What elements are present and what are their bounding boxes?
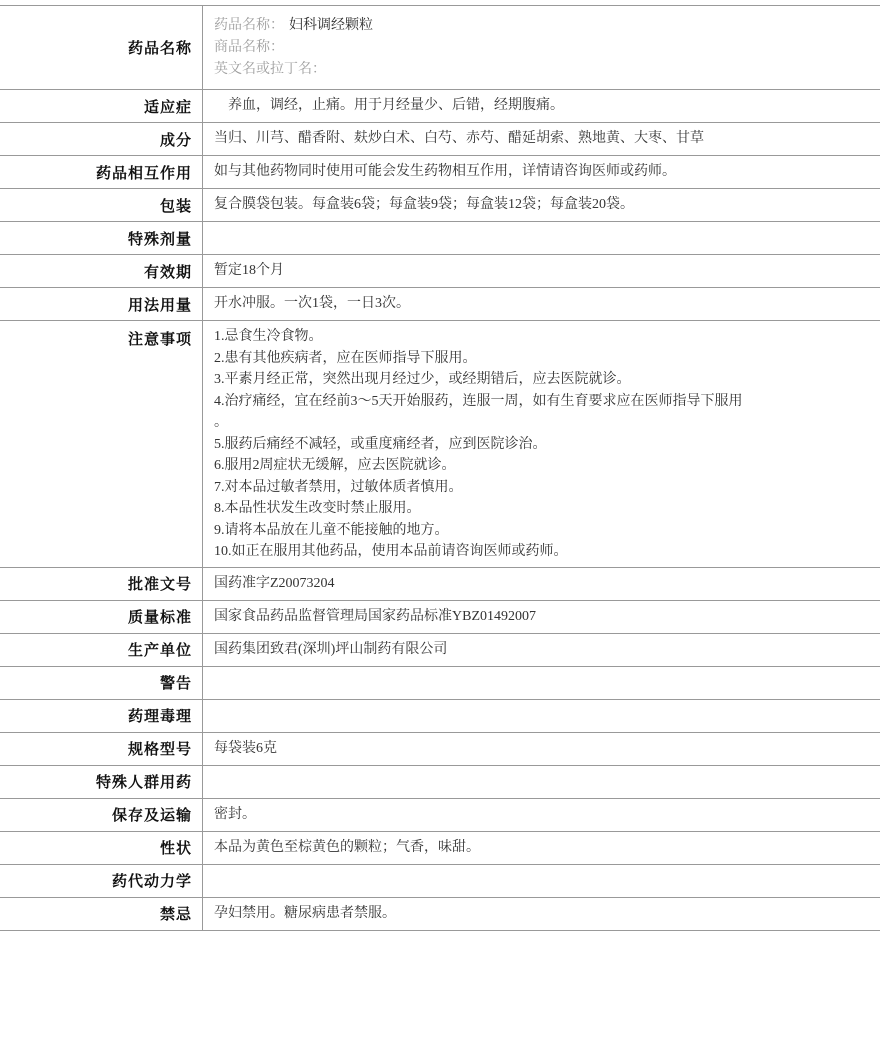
row-value: 孕妇禁用。糖尿病患者禁服。 — [202, 898, 880, 930]
row-value — [202, 222, 880, 254]
name-line: 商品名称： — [214, 37, 870, 59]
notice-line: 9.请将本品放在儿童不能接触的地方。 — [214, 520, 870, 542]
table-row: 禁忌孕妇禁用。糖尿病患者禁服。 — [0, 898, 880, 931]
row-label: 成分 — [0, 123, 202, 155]
row-value — [202, 766, 880, 798]
table-row: 药理毒理 — [0, 700, 880, 733]
table-row: 规格型号每袋装6克 — [0, 733, 880, 766]
row-label: 适应症 — [0, 90, 202, 122]
table-row: 药品名称药品名称：妇科调经颗粒商品名称：英文名或拉丁名： — [0, 6, 880, 90]
row-value: 密封。 — [202, 799, 880, 831]
row-label: 保存及运输 — [0, 799, 202, 831]
row-label: 注意事项 — [0, 321, 202, 567]
table-row: 成分当归、川芎、醋香附、麸炒白术、白芍、赤芍、醋延胡索、熟地黄、大枣、甘草 — [0, 123, 880, 156]
row-label: 警告 — [0, 667, 202, 699]
notice-line: 6.服用2周症状无缓解，应去医院就诊。 — [214, 455, 870, 477]
field-prefix: 英文名或拉丁名： — [214, 62, 326, 77]
table-row: 药品相互作用如与其他药物同时使用可能会发生药物相互作用，详情请咨询医师或药师。 — [0, 156, 880, 189]
table-row: 警告 — [0, 667, 880, 700]
row-value: 国药准字Z20073204 — [202, 568, 880, 600]
name-line: 英文名或拉丁名： — [214, 59, 870, 81]
row-label: 规格型号 — [0, 733, 202, 765]
table-row: 药代动力学 — [0, 865, 880, 898]
row-value: 养血，调经，止痛。用于月经量少、后错，经期腹痛。 — [202, 90, 880, 122]
field-value: 妇科调经颗粒 — [289, 18, 373, 33]
row-value: 复合膜袋包装。每盒装6袋；每盒装9袋；每盒装12袋；每盒装20袋。 — [202, 189, 880, 221]
row-label: 包装 — [0, 189, 202, 221]
table-row: 质量标准国家食品药品监督管理局国家药品标准YBZ01492007 — [0, 601, 880, 634]
row-label: 性状 — [0, 832, 202, 864]
notice-line: 4.治疗痛经，宜在经前3～5天开始服药，连服一周，如有生育要求应在医师指导下服用 — [214, 391, 870, 413]
table-row: 注意事项1.忌食生冷食物。2.患有其他疾病者，应在医师指导下服用。3.平素月经正… — [0, 321, 880, 568]
row-value: 暂定18个月 — [202, 255, 880, 287]
row-value: 1.忌食生冷食物。2.患有其他疾病者，应在医师指导下服用。3.平素月经正常，突然… — [202, 321, 880, 567]
row-label: 禁忌 — [0, 898, 202, 930]
row-label: 有效期 — [0, 255, 202, 287]
row-label: 特殊剂量 — [0, 222, 202, 254]
row-label: 药代动力学 — [0, 865, 202, 897]
table-row: 批准文号国药准字Z20073204 — [0, 568, 880, 601]
notice-line: 8.本品性状发生改变时禁止服用。 — [214, 498, 870, 520]
row-value: 国家食品药品监督管理局国家药品标准YBZ01492007 — [202, 601, 880, 633]
row-label: 生产单位 — [0, 634, 202, 666]
table-row: 有效期暂定18个月 — [0, 255, 880, 288]
notice-line: 3.平素月经正常，突然出现月经过少，或经期错后，应去医院就诊。 — [214, 369, 870, 391]
row-value: 本品为黄色至棕黄色的颗粒；气香，味甜。 — [202, 832, 880, 864]
field-prefix: 药品名称： — [214, 18, 284, 33]
row-value: 当归、川芎、醋香附、麸炒白术、白芍、赤芍、醋延胡索、熟地黄、大枣、甘草 — [202, 123, 880, 155]
table-row: 性状本品为黄色至棕黄色的颗粒；气香，味甜。 — [0, 832, 880, 865]
row-value: 开水冲服。一次1袋，一日3次。 — [202, 288, 880, 320]
row-label: 药品相互作用 — [0, 156, 202, 188]
notice-line: 10.如正在服用其他药品，使用本品前请咨询医师或药师。 — [214, 541, 870, 563]
table-row: 用法用量开水冲服。一次1袋，一日3次。 — [0, 288, 880, 321]
row-value — [202, 700, 880, 732]
row-label: 质量标准 — [0, 601, 202, 633]
table-row: 包装复合膜袋包装。每盒装6袋；每盒装9袋；每盒装12袋；每盒装20袋。 — [0, 189, 880, 222]
table-row: 生产单位国药集团致君(深圳)坪山制药有限公司 — [0, 634, 880, 667]
row-value — [202, 865, 880, 897]
row-value: 如与其他药物同时使用可能会发生药物相互作用，详情请咨询医师或药师。 — [202, 156, 880, 188]
notice-line: 1.忌食生冷食物。 — [214, 326, 870, 348]
table-row: 适应症 养血，调经，止痛。用于月经量少、后错，经期腹痛。 — [0, 90, 880, 123]
notice-line: 。 — [214, 412, 870, 434]
notice-line: 5.服药后痛经不减轻，或重度痛经者，应到医院诊治。 — [214, 434, 870, 456]
field-prefix: 商品名称： — [214, 40, 284, 55]
name-line: 药品名称：妇科调经颗粒 — [214, 15, 870, 37]
row-label: 批准文号 — [0, 568, 202, 600]
table-row: 特殊剂量 — [0, 222, 880, 255]
row-label: 药理毒理 — [0, 700, 202, 732]
notice-line: 7.对本品过敏者禁用，过敏体质者慎用。 — [214, 477, 870, 499]
row-label: 用法用量 — [0, 288, 202, 320]
table-row: 保存及运输密封。 — [0, 799, 880, 832]
row-value: 药品名称：妇科调经颗粒商品名称：英文名或拉丁名： — [202, 6, 880, 89]
row-label: 药品名称 — [0, 6, 202, 89]
row-value: 每袋装6克 — [202, 733, 880, 765]
notice-line: 2.患有其他疾病者，应在医师指导下服用。 — [214, 348, 870, 370]
table-row: 特殊人群用药 — [0, 766, 880, 799]
row-label: 特殊人群用药 — [0, 766, 202, 798]
row-value — [202, 667, 880, 699]
row-value: 国药集团致君(深圳)坪山制药有限公司 — [202, 634, 880, 666]
drug-info-table: 药品名称药品名称：妇科调经颗粒商品名称：英文名或拉丁名：适应症 养血，调经，止痛… — [0, 5, 880, 931]
